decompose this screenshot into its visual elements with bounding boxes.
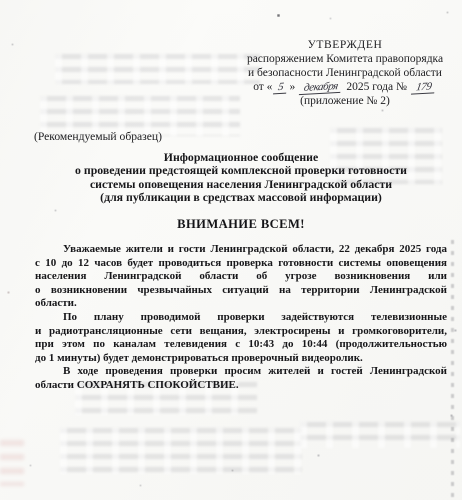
- document-body: Уважаемые жители и гости Ленинградской о…: [35, 243, 447, 393]
- approval-line: распоряжением Комитета правопорядка: [232, 52, 458, 66]
- handwritten-month: декабря: [299, 81, 343, 95]
- body-line: области СОХРАНЯТЬ СПОКОЙСТВИЕ.: [35, 379, 447, 393]
- bleedthrough-artifact: [60, 428, 302, 474]
- approval-line: и безопасности Ленинградской области: [232, 66, 458, 80]
- body-line: области.: [35, 297, 447, 311]
- body-paragraph: По плану проводимой проверки задействуют…: [35, 311, 447, 365]
- title-line: системы оповещения населения Ленинградск…: [33, 178, 449, 191]
- date-suffix: 2025 года №: [346, 81, 407, 93]
- scanned-document-page: УТВЕРЖДЕН распоряжением Комитета правопо…: [0, 0, 462, 500]
- body-line: с 10 до 12 часов будет проводиться прове…: [35, 257, 447, 271]
- approval-line: (приложение № 2): [232, 94, 458, 108]
- sample-note: (Рекомендуемый образец): [34, 130, 162, 143]
- body-line: о возникновении чрезвычайных ситуаций на…: [35, 284, 447, 298]
- approval-line: УТВЕРЖДЕН: [232, 38, 458, 52]
- body-line: и радиотрансляционные сети вещания, элек…: [35, 325, 447, 339]
- date-prefix: от «: [253, 81, 272, 93]
- title-line: (для публикации в средствах массовой инф…: [33, 191, 449, 204]
- body-line: В ходе проведения проверки просим жителе…: [35, 365, 447, 379]
- body-line: населения Ленинградской области об угроз…: [35, 270, 447, 284]
- bleedthrough-artifact: [0, 440, 24, 486]
- body-line: Уважаемые жители и гости Ленинградской о…: [35, 243, 447, 257]
- title-block: Информационное сообщение о проведении пр…: [33, 151, 449, 205]
- handwritten-number: 179: [411, 81, 436, 94]
- title-line: Информационное сообщение: [33, 151, 449, 164]
- handwritten-day: 5: [273, 82, 288, 95]
- bleedthrough-artifact: [300, 422, 460, 448]
- bleedthrough-artifact: [55, 54, 260, 84]
- attention-heading: ВНИМАНИЕ ВСЕМ!: [33, 217, 449, 232]
- body-line: до 1 минуты) будет демонстрироваться про…: [35, 352, 447, 366]
- body-paragraph: В ходе проведения проверки просим жителе…: [35, 365, 447, 392]
- scanner-edge-artifact: [451, 240, 454, 500]
- date-mid: »: [289, 81, 295, 93]
- body-line: при этом по каналам телевидения с 10:43 …: [35, 338, 447, 352]
- body-line: По плану проводимой проверки задействуют…: [35, 311, 447, 325]
- approval-block: УТВЕРЖДЕН распоряжением Комитета правопо…: [232, 38, 458, 108]
- body-paragraph: Уважаемые жители и гости Ленинградской о…: [35, 243, 447, 311]
- title-line: о проведении предстоящей комплексной про…: [33, 164, 449, 177]
- scan-noise: [0, 0, 1, 1]
- approval-date-line: от «5» декабря 2025 года № 179: [232, 80, 458, 94]
